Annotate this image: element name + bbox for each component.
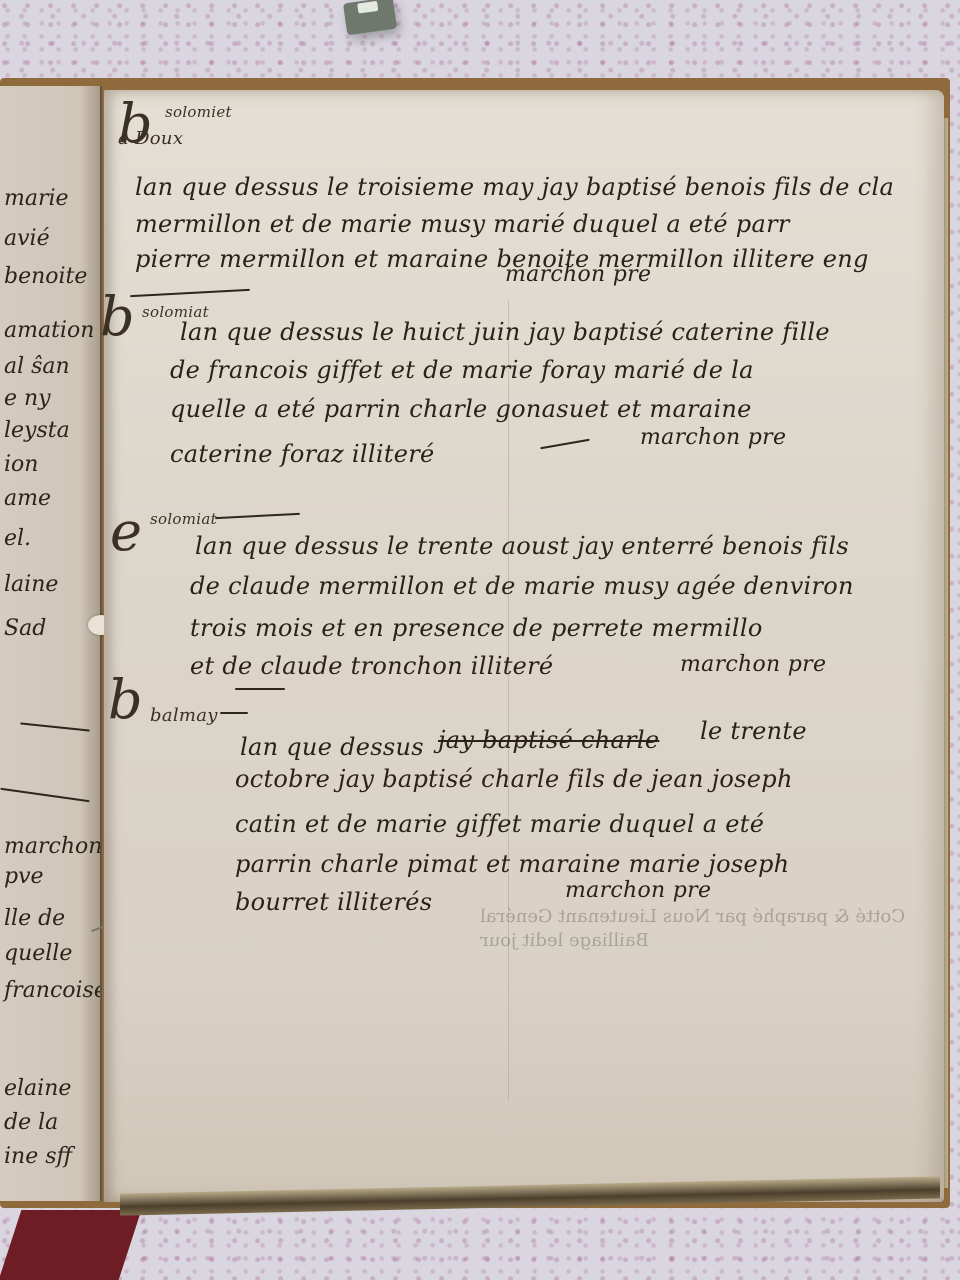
left-fragment: marie — [4, 186, 69, 211]
entry-line: de francois giffet et de marie foray mar… — [170, 356, 754, 384]
entry-line: de claude mermillon et de marie musy agé… — [190, 572, 854, 600]
margin-letter: b — [100, 285, 135, 348]
signature: marchon pre — [680, 652, 826, 677]
margin-letter: e — [110, 500, 142, 563]
left-fragment: amation — [4, 318, 94, 343]
left-fragment: ame — [4, 486, 51, 511]
left-fragment: francoise — [4, 978, 102, 1003]
left-fragment: Sad — [4, 616, 46, 641]
entry-line: quelle a eté parrin charle gonasuet et m… — [170, 395, 752, 423]
signature: marchon pre — [565, 878, 711, 903]
red-cover-corner — [0, 1210, 141, 1280]
signature: marchon pre — [640, 425, 786, 450]
entry-line: lan que dessus — [240, 733, 424, 761]
left-fragment: ine sff — [4, 1144, 72, 1169]
entry-line: trois mois et en presence de perrete mer… — [190, 614, 763, 642]
entry-line: lan que dessus le huict juin jay baptisé… — [180, 318, 830, 346]
left-fragment: leysta — [4, 418, 70, 443]
left-fragment: lle de — [4, 906, 65, 931]
margin-letter: b — [108, 668, 143, 731]
left-fragment: marchon — [4, 834, 102, 859]
entry-line: catin et de marie giffet marie duquel a … — [235, 810, 764, 838]
left-fragment: al ŝan — [4, 354, 70, 379]
margin-note: a Doux — [118, 128, 183, 149]
left-fragment: e ny — [4, 386, 51, 411]
margin-note: solomiet — [165, 103, 232, 121]
bleed-line: Bailliage ledit jour — [480, 929, 905, 953]
entry-line: et de claude tronchon illiteré — [190, 652, 553, 680]
separator-rule — [220, 712, 248, 714]
left-fragment: elaine — [4, 1076, 71, 1101]
left-fragment: de la — [4, 1110, 58, 1135]
entry-line: pierre mermillon et maraine benoite merm… — [135, 245, 869, 273]
bleed-line: Cotté & paraphé par Nous Lieutenant Gené… — [480, 905, 905, 929]
struck-text: jay baptisé charle — [438, 726, 659, 754]
entry-line: lan que dessus le trente aoust jay enter… — [195, 532, 849, 560]
left-fragment: pve — [4, 864, 44, 889]
left-fragment: benoite — [4, 264, 87, 289]
left-fragment: quelle — [4, 941, 72, 966]
entry-line: bourret illiterés — [235, 888, 432, 916]
left-fragment: avié — [4, 226, 50, 251]
left-fragment: ion — [4, 452, 38, 477]
entry-line: lan que dessus le troisieme may jay bapt… — [135, 173, 894, 201]
margin-note: balmay — [150, 705, 218, 726]
ink-flourish — [20, 722, 90, 731]
left-fragment: laine — [4, 572, 58, 597]
entry-line: octobre jay baptisé charle fils de jean … — [235, 765, 793, 793]
left-page: marie avié benoite amation al ŝan e ny l… — [0, 86, 102, 1201]
bleed-through-text: Cotté & paraphé par Nous Lieutenant Gené… — [480, 905, 905, 953]
entry-line: parrin charle pimat et maraine marie jos… — [235, 850, 789, 878]
entry-line: caterine foraz illiteré — [170, 440, 435, 468]
left-fragment: el. — [4, 526, 31, 551]
separator-rule — [235, 688, 285, 690]
signature: marchon pre — [505, 262, 651, 287]
eraser-object — [343, 0, 397, 35]
entry-line: le trente — [700, 717, 807, 745]
entry-line: mermillon et de marie musy marié duquel … — [135, 210, 790, 238]
margin-note: solomiat — [150, 510, 217, 528]
ink-flourish — [0, 788, 89, 803]
